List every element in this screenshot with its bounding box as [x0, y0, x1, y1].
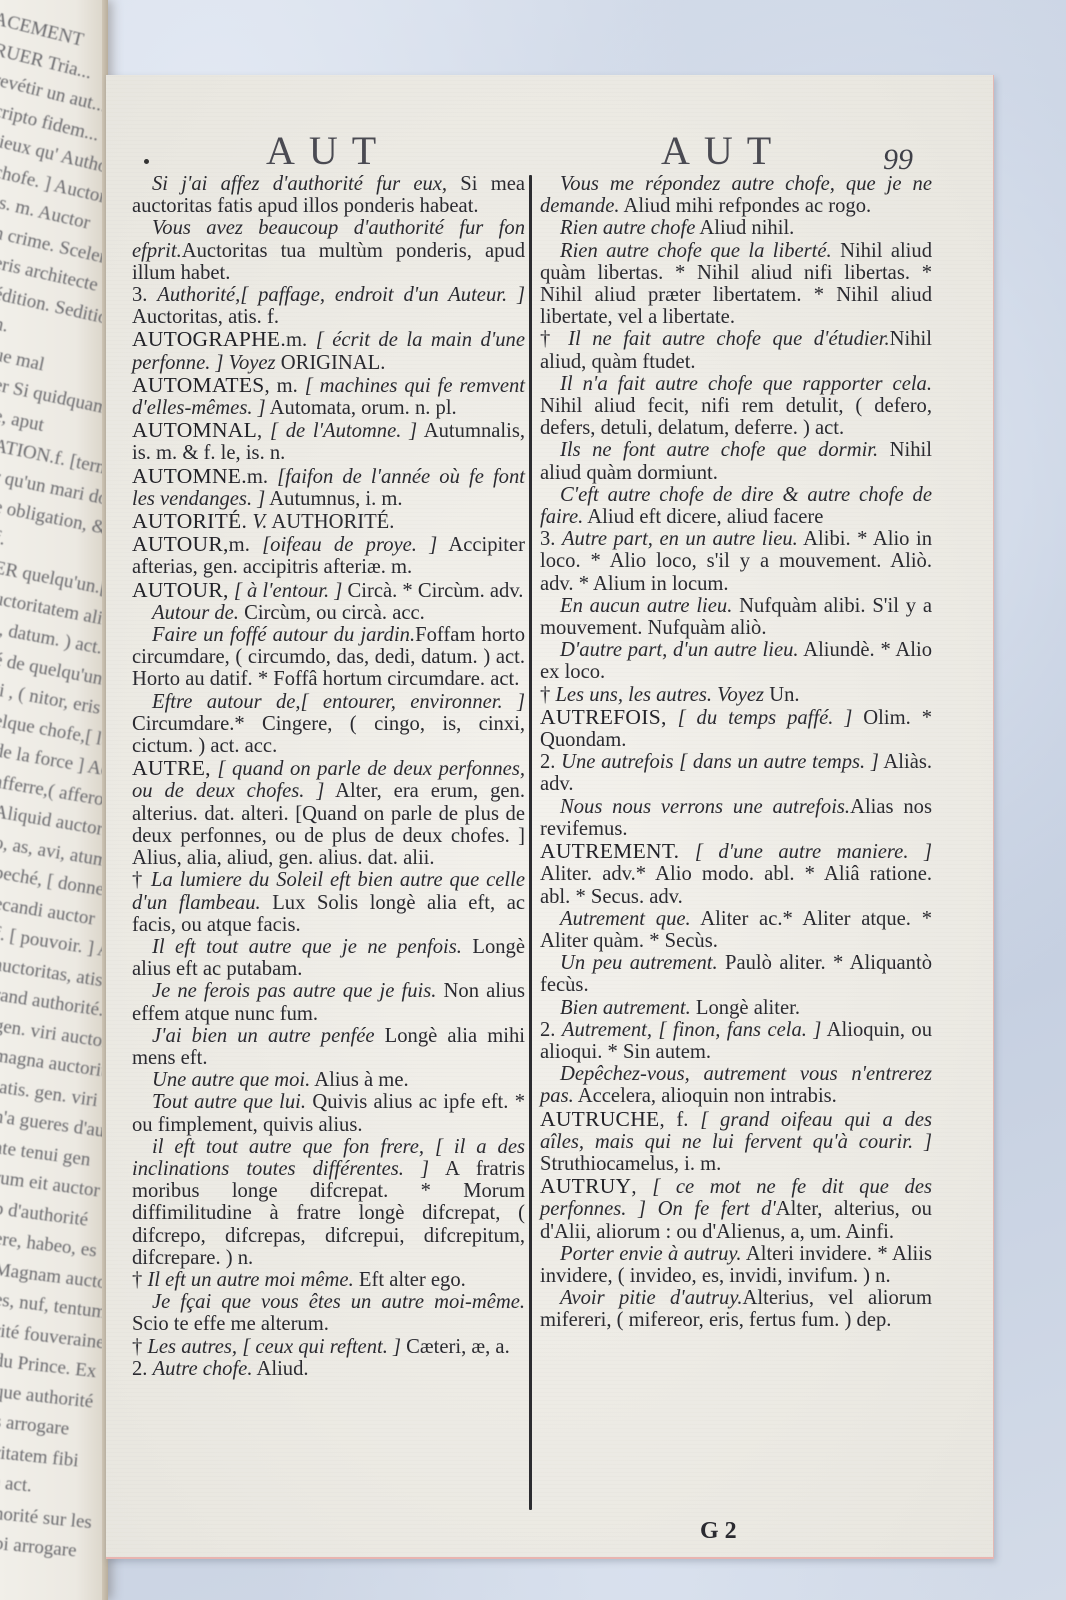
french-text: [ de l'Automne. ] — [270, 420, 417, 442]
headword: AUTOUR, — [132, 578, 229, 602]
sub-entry: † Il ne fait autre chofe que d'étudier.N… — [540, 328, 932, 372]
latin-text: Alius à me. — [310, 1069, 408, 1091]
headword: AUTREFOIS, — [540, 705, 667, 729]
headword-entry: AUTREMENT. [ d'une autre maniere. ] Alit… — [540, 840, 932, 908]
facing-page-line: Magnam auctor — [0, 1259, 108, 1295]
french-text: Une autre que moi. — [152, 1069, 310, 1091]
sub-entry: Si j'ai affez d'authorité fur eux, Si me… — [132, 173, 525, 217]
latin-text: Auctoritas tua multùm ponderis, apud ill… — [132, 240, 525, 284]
latin-text: Auctoritas, atis. f. — [132, 306, 279, 328]
headword: AUTRUY — [540, 1174, 631, 1198]
facing-page-line: que authorité — [0, 1381, 94, 1414]
headword-entry: AUTOUR,m. [oifeau de proye. ] Accipiter … — [132, 533, 525, 578]
facing-left-page: ACEMENTRUER Tria...revétir un aut...crip… — [0, 0, 108, 1600]
french-text: Autrement que. — [560, 908, 691, 930]
sub-entry: Vous avez beaucoup d'authorité fur fon e… — [132, 217, 525, 284]
grammar-label: m. — [247, 466, 268, 488]
facing-page-line: n. — [0, 313, 10, 338]
facing-page-line: rité fouveraine — [0, 1320, 106, 1354]
entry-marker: 3. — [132, 284, 157, 306]
sub-entry: Une autre que moi. Alius à me. — [132, 1069, 525, 1091]
sub-entry: Il n'a fait autre chofe que rapporter ce… — [540, 373, 932, 440]
headword-entry: AUTRE, [ quand on parle de deux perfonne… — [132, 757, 525, 869]
facing-page-line: rum eit auctor — [0, 1167, 101, 1202]
french-text: J'ai bien un autre penfée — [152, 1025, 375, 1047]
sub-entry: Il eft tout autre que je ne penfois. Lon… — [132, 936, 525, 980]
entry-marker: 2. — [540, 751, 561, 773]
facing-page-line: f. — [0, 527, 7, 551]
sub-entry: Autour de. Circùm, ou circà. acc. — [132, 602, 525, 624]
facing-page-line: n'a gueres d'au — [0, 1106, 106, 1143]
right-column: Vous me répondez autre chofe, que je ne … — [540, 173, 932, 1332]
sub-entry: Rien autre chofe que la liberté. Nihil a… — [540, 240, 932, 329]
headword-entry: AUTOMATES, m. [ machines qui fe remvent … — [132, 374, 525, 419]
sub-entry: Bien autrement. Longè aliter. — [540, 997, 932, 1019]
headword-entry: AUTOMNAL, [ de l'Automne. ] Autumnalis, … — [132, 419, 525, 464]
french-text: [ à l'entour. ] — [234, 580, 343, 602]
sub-entry: Je ne ferois pas autre que je fuis. Non … — [132, 980, 525, 1024]
sub-entry: Depêchez-vous, autrement vous n'entrerez… — [540, 1063, 932, 1107]
grammar-label: , m. — [265, 375, 298, 397]
sub-entry: Ils ne font autre chofe que dormir. Nihi… — [540, 439, 932, 483]
headword: AUTOMNE. — [132, 464, 247, 488]
sub-entry: † Il eft un autre moi même. Eft alter eg… — [132, 1269, 525, 1291]
entry-marker: † — [132, 1336, 147, 1358]
facing-page-line: tatis. gen. viri — [0, 1076, 99, 1112]
sub-entry: il eft tout autre que fon frere, [ il a … — [132, 1136, 525, 1269]
french-text: [ d'une autre maniere. ] — [695, 841, 932, 863]
headword: AUTORITÉ. — [132, 509, 247, 533]
sub-entry: Porter envie à autruy. Alteri invidere. … — [540, 1243, 932, 1287]
sub-entry: D'autre part, d'un autre lieu. Aliundè. … — [540, 639, 932, 683]
french-text: Si j'ai affez d'authorité fur eux, — [152, 173, 447, 195]
french-text: Bien autrement. — [560, 997, 691, 1019]
french-text: Il ne fait autre chofe que d'étudier. — [568, 328, 889, 350]
page-number: 99 — [883, 143, 913, 177]
latin-text: Aliud mihi refpondes ac rogo. — [620, 195, 872, 217]
facing-page-line: ue mal — [0, 344, 46, 376]
sub-entry: Rien autre chofe Aliud nihil. — [540, 217, 932, 239]
ink-dot-mark — [144, 159, 149, 164]
entry-marker: † — [132, 869, 151, 891]
french-text: Porter envie à autruy. — [560, 1243, 742, 1265]
french-text: Rien autre chofe — [560, 217, 695, 239]
french-text: Autour de. — [152, 602, 239, 624]
french-text: Il eft un autre moi même. — [147, 1269, 353, 1291]
latin-text: ORIGINAL. — [276, 352, 386, 374]
sub-entry: 3. Authorité,[ paffage, endroit d'un Aut… — [132, 284, 525, 328]
french-text: [ du temps paffé. ] — [678, 707, 853, 729]
headword-entry: AUTREFOIS, [ du temps paffé. ] Olim. * Q… — [540, 706, 932, 751]
latin-text: Aliter. adv.* Alio modo. abl. * Aliâ rat… — [540, 863, 932, 907]
running-head-right: AUT — [661, 127, 785, 174]
sub-entry: J'ai bien un autre penfée Longè alia mih… — [132, 1025, 525, 1069]
french-text: D'autre part, d'un autre lieu. — [560, 639, 799, 661]
latin-text: Aliud nihil. — [695, 217, 794, 239]
facing-page-line: bi arrogare — [0, 1533, 77, 1562]
sub-entry: C'eft autre chofe de dire & autre chofe … — [540, 484, 932, 528]
latin-text: Aliud eft dicere, aliud facere — [583, 506, 823, 528]
latin-text: Nihil aliud fecit, nifi rem detulit, ( d… — [540, 395, 932, 439]
facing-page-line: ritatem fibi — [0, 1442, 80, 1472]
sub-entry: † Les autres, [ ceux qui reftent. ] Cæte… — [132, 1336, 525, 1358]
french-text: Je ne ferois pas autre que je fuis. — [152, 980, 436, 1002]
sub-entry: † Les uns, les autres. Voyez Un. — [540, 684, 932, 706]
latin-text: Automata, orum. n. pl. — [266, 397, 457, 419]
sub-entry: Je fçai que vous êtes un autre moi-même.… — [132, 1291, 525, 1335]
headword-entry: AUTRUY, [ ce mot ne fe dit que des perfo… — [540, 1175, 932, 1243]
sub-entry: Tout autre que lui. Quivis alius ac ipfe… — [132, 1091, 525, 1135]
grammar-label: , — [257, 420, 262, 442]
headword: AUTOUR, — [132, 532, 229, 556]
entry-marker: 2. — [132, 1358, 153, 1380]
french-text: Rien autre chofe que la liberté. — [560, 240, 832, 262]
sub-entry: En aucun autre lieu. Nufquàm alibi. S'il… — [540, 595, 932, 639]
latin-text: Circumdare.* Cingere, ( cingo, is, cinxi… — [132, 713, 525, 757]
facing-page-line: es, nuf, tentum — [0, 1289, 107, 1324]
sub-entry: Autrement que. Aliter ac.* Aliter atque.… — [540, 908, 932, 952]
facing-page-line: ) act. — [0, 1472, 33, 1498]
french-text: Avoir pitie d'autruy. — [560, 1287, 743, 1309]
grammar-label: , — [631, 1176, 636, 1198]
french-text: Je fçai que vous êtes un autre moi-même. — [152, 1291, 525, 1313]
entry-marker: 2. — [540, 1019, 562, 1041]
facing-page-line: ate tenui gen — [0, 1137, 92, 1172]
facing-page-line: horité sur les — [0, 1503, 93, 1534]
french-text: Il eft tout autre que je ne penfois. — [152, 936, 462, 958]
headword: AUTREMENT. — [540, 839, 679, 863]
french-text: Un peu autrement. — [560, 952, 718, 974]
latin-text: Longè aliter. — [691, 997, 800, 1019]
signature-mark: G 2 — [700, 1518, 737, 1545]
latin-text: Accelera, alioquin non intrabis. — [574, 1085, 837, 1107]
latin-text: Cæteri, æ, a. — [401, 1336, 510, 1358]
sub-entry: Faire un foffé autour du jardin.Foffam h… — [132, 624, 525, 691]
headword: AUTOGRAPHE. — [132, 327, 286, 351]
entry-marker: † — [132, 1269, 147, 1291]
sub-entry: Avoir pitie d'autruy.Alterius, vel alior… — [540, 1287, 932, 1331]
latin-text: Scio te effe me alterum. — [132, 1313, 329, 1335]
headword-entry: AUTRUCHE, f. [ grand oifeau qui a des aî… — [540, 1108, 932, 1176]
french-text: [oifeau de proye. ] — [262, 534, 437, 556]
headword: AUTRE, — [132, 756, 211, 780]
latin-text: Struthiocamelus, i. m. — [540, 1153, 721, 1175]
french-text: Les autres, [ ceux qui reftent. ] — [147, 1336, 401, 1358]
headword-entry: AUTOUR, [ à l'entour. ] Circà. * Circùm.… — [132, 579, 525, 602]
sub-entry: 2. Autrement, [ finon, fans cela. ] Alio… — [540, 1019, 932, 1063]
left-column: Si j'ai affez d'authorité fur eux, Si me… — [132, 173, 525, 1380]
french-text: Faire un foffé autour du jardin. — [152, 624, 415, 646]
latin-text: Un. — [764, 684, 799, 706]
french-text: Ils ne font autre chofe que dormir. — [560, 439, 878, 461]
grammar-label: m. — [229, 534, 250, 556]
headword: AUTOMATES — [132, 373, 265, 397]
headword-entry: AUTOMNE.m. [faifon de l'année où fe font… — [132, 465, 525, 510]
headword-entry: AUTORITÉ. V. AUTHORITÉ. — [132, 510, 525, 533]
headword-entry: AUTOGRAPHE.m. [ écrit de la main d'une p… — [132, 328, 525, 373]
latin-text: Circà. * Circùm. adv. — [342, 580, 523, 602]
headword: AUTRUCHE — [540, 1107, 659, 1131]
facing-page-line: p d'authorité — [0, 1198, 89, 1232]
french-text: Une autrefois [ dans un autre temps. ] — [561, 751, 879, 773]
french-text: En aucun autre lieu. — [560, 595, 732, 617]
sub-entry: 3. Autre part, en un autre lieu. Alibi. … — [540, 528, 932, 595]
sub-entry: Vous me répondez autre chofe, que je ne … — [540, 173, 932, 217]
facing-page-line: e, aput — [0, 405, 46, 437]
french-text: Les uns, les autres. Voyez — [555, 684, 764, 706]
column-divider-rule — [529, 175, 532, 1510]
french-text: V. — [252, 511, 267, 533]
grammar-label: , f. — [659, 1109, 688, 1131]
grammar-label: m. — [286, 329, 307, 351]
entry-marker: † — [540, 328, 568, 350]
facing-page-line: ere, habeo, es — [0, 1228, 98, 1262]
sub-entry: Nous nous verrons une autrefois.Alias no… — [540, 796, 932, 840]
french-text: Autrement, [ finon, fans cela. ] — [562, 1019, 822, 1041]
french-text: Authorité,[ paffage, endroit d'un Auteur… — [157, 284, 525, 306]
sub-entry: 2. Autre chofe. Aliud. — [132, 1358, 525, 1380]
facing-page-line: s arrogare — [0, 1411, 70, 1441]
entry-marker: 3. — [540, 528, 562, 550]
headword: AUTOMNAL — [132, 418, 257, 442]
latin-text: AUTHORITÉ. — [267, 511, 394, 533]
sub-entry: Un peu autrement. Paulò aliter. * Aliqua… — [540, 952, 932, 996]
latin-text: Circùm, ou circà. acc. — [239, 602, 425, 624]
french-text: Eftre autour de,[ entourer, environner. … — [152, 691, 525, 713]
french-text: Autre chofe. — [153, 1358, 253, 1380]
latin-text: Autumnus, i. m. — [265, 488, 402, 510]
sub-entry: Eftre autour de,[ entourer, environner. … — [132, 691, 525, 758]
running-head-left: AUT — [266, 127, 390, 174]
entry-marker: † — [540, 684, 555, 706]
french-text: Autre part, en un autre lieu. — [562, 528, 798, 550]
dictionary-page: AUT AUT 99 Si j'ai affez d'authorité fur… — [106, 75, 994, 1559]
french-text: Tout autre que lui. — [152, 1091, 306, 1113]
facing-page-line: du Prince. Ex — [0, 1350, 97, 1383]
french-text: Nous nous verrons une autrefois. — [560, 796, 850, 818]
sub-entry: † La lumiere du Soleil eft bien autre qu… — [132, 869, 525, 936]
latin-text: Aliud. — [252, 1358, 308, 1380]
sub-entry: 2. Une autrefois [ dans un autre temps. … — [540, 751, 932, 795]
latin-text: Eft alter ego. — [354, 1269, 466, 1291]
french-text: Il n'a fait autre chofe que rapporter ce… — [560, 373, 932, 395]
